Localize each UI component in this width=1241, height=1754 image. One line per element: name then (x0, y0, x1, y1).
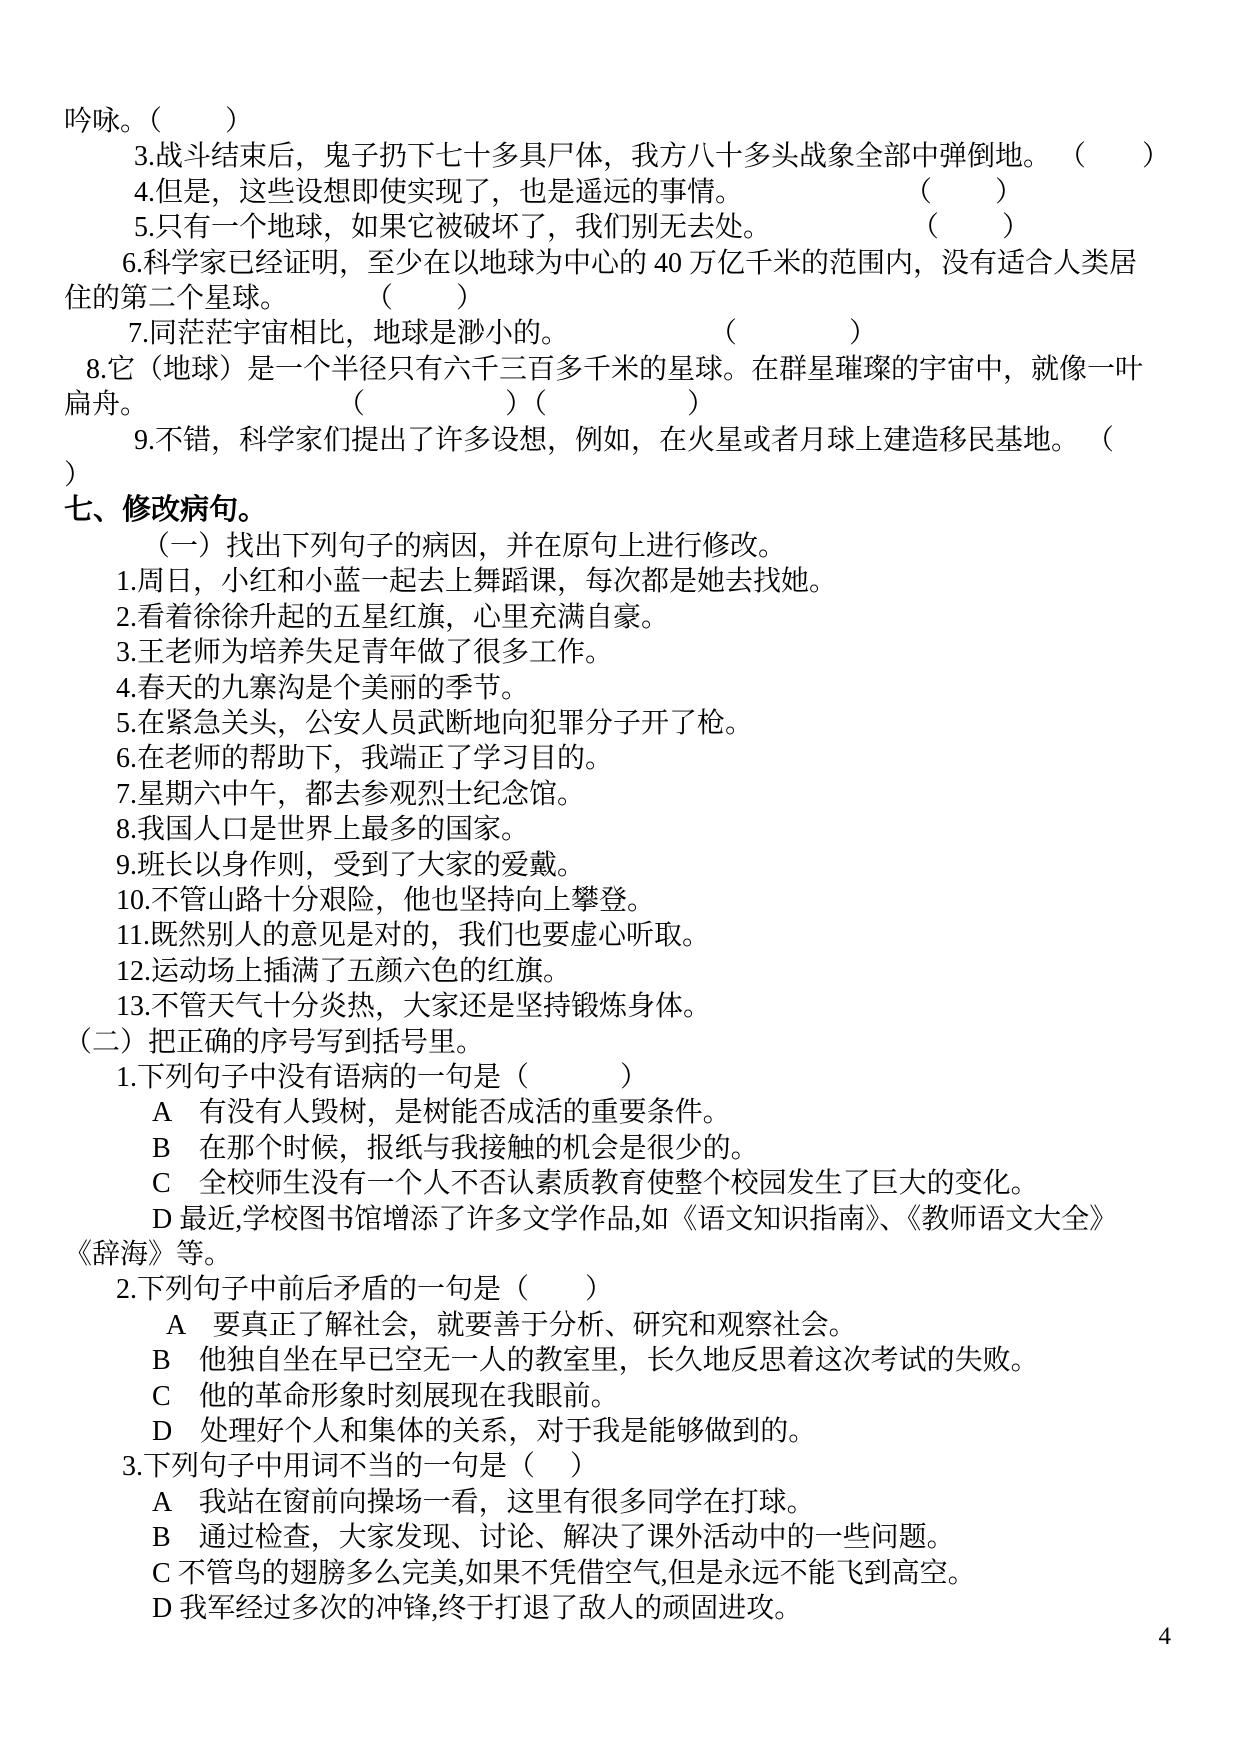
text-line: （一）找出下列句子的病因，并在原句上进行修改。 (142, 529, 1185, 564)
text-line: 2.看着徐徐升起的五星红旗，心里充满自豪。 (116, 600, 1185, 635)
text-line: 9.不错，科学家们提出了许多设想，例如，在火星或者月球上建造移民基地。 （ (134, 423, 1185, 458)
text-line: D 我军经过多次的冲锋,终于打退了敌人的顽固进攻。 (152, 1591, 1185, 1626)
text-line: A 要真正了解社会，就要善于分析、研究和观察社会。 (166, 1308, 1185, 1343)
text-line: B 在那个时候，报纸与我接触的机会是很少的。 (152, 1131, 1185, 1166)
text-line: 1.周日，小红和小蓝一起去上舞蹈课，每次都是她去找她。 (116, 564, 1185, 599)
text-line: 吟咏。（ ） (64, 104, 1185, 139)
text-line: 8.它（地球）是一个半径只有六千三百多千米的星球。在群星璀璨的宇宙中，就像一叶 (86, 352, 1185, 387)
text-line: 住的第二个星球。 （ ） (64, 281, 1185, 316)
text-line: D 处理好个人和集体的关系，对于我是能够做到的。 (152, 1414, 1185, 1449)
text-line: 7.星期六中午，都去参观烈士纪念馆。 (116, 777, 1185, 812)
text-line: 1.下列句子中没有语病的一句是（ ） (116, 1060, 1185, 1095)
text-line: 6.在老师的帮助下，我端正了学习目的。 (116, 741, 1185, 776)
text-line: 8.我国人口是世界上最多的国家。 (116, 812, 1185, 847)
text-line: C 不管鸟的翅膀多么完美,如果不凭借空气,但是永远不能飞到高空。 (152, 1556, 1185, 1591)
document-body: 吟咏。（ ）3.战斗结束后，鬼子扔下七十多具尸体，我方八十多头战象全部中弹倒地。… (64, 104, 1185, 1626)
text-line: 3.下列句子中用词不当的一句是（ ） (122, 1449, 1185, 1484)
text-line: A 有没有人毁树，是树能否成活的重要条件。 (152, 1095, 1185, 1130)
text-line: 《辞海》等。 (64, 1237, 1185, 1272)
document-page: 吟咏。（ ）3.战斗结束后，鬼子扔下七十多具尸体，我方八十多头战象全部中弹倒地。… (0, 0, 1241, 1754)
section-heading: 七、修改病句。 (64, 493, 1185, 528)
text-line: D 最近,学校图书馆增添了许多文学作品,如《语文知识指南》、《教师语文大全》 (152, 1202, 1185, 1237)
text-line: 13.不管天气十分炎热，大家还是坚持锻炼身体。 (116, 989, 1185, 1024)
text-line: A 我站在窗前向操场一看，这里有很多同学在打球。 (152, 1485, 1185, 1520)
text-line: （二）把正确的序号写到括号里。 (64, 1025, 1185, 1060)
text-line: 4.春天的九寨沟是个美丽的季节。 (116, 671, 1185, 706)
text-line: 5.只有一个地球，如果它被破坏了，我们别无去处。 （ ） (134, 210, 1185, 245)
text-line: C 他的革命形象时刻展现在我眼前。 (152, 1379, 1185, 1414)
text-line: 4.但是，这些设想即使实现了，也是遥远的事情。 （ ） (134, 175, 1185, 210)
text-line: 5.在紧急关头，公安人员武断地向犯罪分子开了枪。 (116, 706, 1185, 741)
text-line: 9.班长以身作则，受到了大家的爱戴。 (116, 848, 1185, 883)
text-line: ） (64, 458, 1185, 493)
text-line: 10.不管山路十分艰险，他也坚持向上攀登。 (116, 883, 1185, 918)
text-line: 6.科学家已经证明，至少在以地球为中心的 40 万亿千米的范围内，没有适合人类居 (122, 246, 1185, 281)
text-line: 2.下列句子中前后矛盾的一句是（ ） (116, 1272, 1185, 1307)
page-number: 4 (1159, 1622, 1172, 1652)
text-line: 12.运动场上插满了五颜六色的红旗。 (116, 954, 1185, 989)
text-line: B 通过检查，大家发现、讨论、解决了课外活动中的一些问题。 (152, 1520, 1185, 1555)
text-line: 3.战斗结束后，鬼子扔下七十多具尸体，我方八十多头战象全部中弹倒地。 （ ） (134, 139, 1185, 174)
text-line: 7.同茫茫宇宙相比，地球是渺小的。 （ ） (128, 316, 1185, 351)
text-line: 3.王老师为培养失足青年做了很多工作。 (116, 635, 1185, 670)
text-line: 11.既然别人的意见是对的，我们也要虚心听取。 (116, 918, 1185, 953)
text-line: 扁舟。 （ ）（ ） (64, 387, 1185, 422)
text-line: B 他独自坐在早已空无一人的教室里，长久地反思着这次考试的失败。 (152, 1343, 1185, 1378)
text-line: C 全校师生没有一个人不否认素质教育使整个校园发生了巨大的变化。 (152, 1166, 1185, 1201)
